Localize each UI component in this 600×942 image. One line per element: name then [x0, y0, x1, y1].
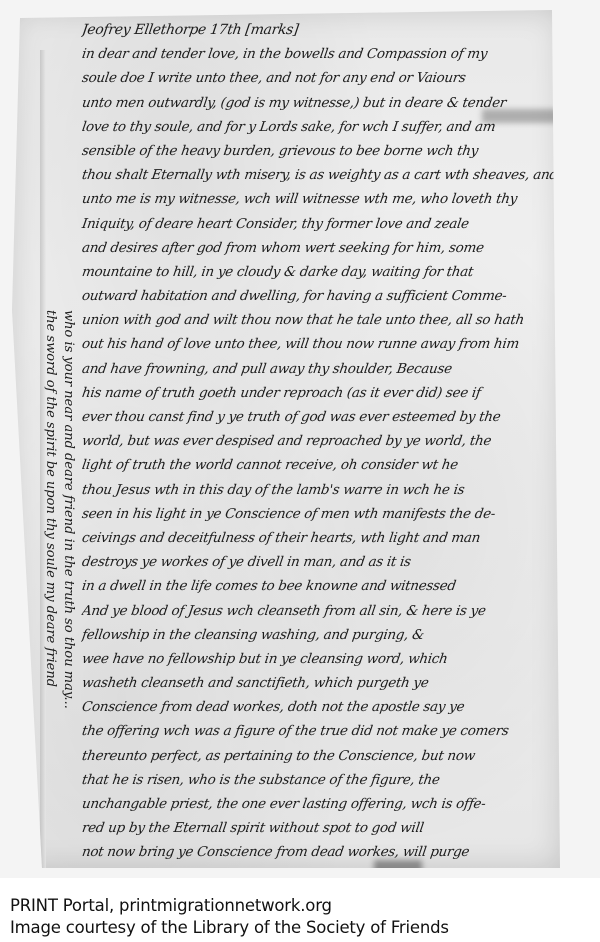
manuscript-line: thereunto perfect, as pertaining to the … — [80, 744, 563, 768]
manuscript-line: unchangable priest, the one ever lasting… — [80, 792, 563, 816]
manuscript-line: in dear and tender love, in the bowells … — [80, 42, 563, 66]
manuscript-line: thou Jesus wth in this day of the lamb's… — [80, 478, 563, 502]
manuscript-line: love to thy soule, and for y Lords sake,… — [80, 115, 563, 139]
manuscript-text: Jeofrey Ellethorpe 17th [marks] in dear … — [82, 18, 562, 889]
manuscript-line: Conscience from dead workes, doth not th… — [80, 695, 563, 719]
manuscript-line: light of truth the world cannot receive,… — [80, 453, 563, 477]
manuscript-line: not now bring ye Conscience from dead wo… — [80, 840, 563, 864]
manuscript-line: world, but was ever despised and reproac… — [80, 429, 563, 453]
manuscript-line: mountaine to hill, in ye cloudy & darke … — [80, 260, 563, 284]
manuscript-page: Jeofrey Ellethorpe 17th [marks] in dear … — [12, 10, 560, 868]
manuscript-line: ever thou canst find y ye truth of god w… — [80, 405, 563, 429]
manuscript-line: And ye blood of Jesus wch cleanseth from… — [80, 599, 563, 623]
manuscript-line: sensible of the heavy burden, grievous t… — [80, 139, 563, 163]
image-credit-caption: PRINT Portal, printmigrationnetwork.org … — [10, 895, 449, 939]
margin-note: the sword of the spirit be upon thy soul… — [43, 310, 58, 687]
manuscript-line: out his hand of love unto thee, will tho… — [80, 332, 563, 356]
manuscript-header: Jeofrey Ellethorpe 17th [marks] — [80, 18, 563, 42]
manuscript-line: ceivings and deceitfulness of their hear… — [80, 526, 563, 550]
manuscript-line: his name of truth goeth under reproach (… — [80, 381, 563, 405]
manuscript-scan: Jeofrey Ellethorpe 17th [marks] in dear … — [0, 0, 600, 878]
caption-source: PRINT Portal, printmigrationnetwork.org — [10, 895, 449, 917]
manuscript-line: and desires after god from whom wert see… — [80, 236, 563, 260]
manuscript-line: soule doe I write unto thee, and not for… — [80, 66, 563, 90]
manuscript-line: wee have no fellowship but in ye cleansi… — [80, 647, 563, 671]
caption-courtesy: Image courtesy of the Library of the Soc… — [10, 917, 449, 939]
manuscript-line: destroys ye workes of ye divell in man, … — [80, 550, 563, 574]
left-margin-notes: who is your near and deare friend in the… — [32, 310, 92, 870]
manuscript-line: that he is risen, who is the substance o… — [80, 768, 563, 792]
manuscript-line: washeth cleanseth and sanctifieth, which… — [80, 671, 563, 695]
manuscript-line: unto men outwardly, (god is my witnesse,… — [80, 91, 563, 115]
manuscript-line: in a dwell in the life comes to bee know… — [80, 574, 563, 598]
manuscript-line: thou shalt Eternally wth misery, is as w… — [80, 163, 563, 187]
manuscript-line: fellowship in the cleansing washing, and… — [80, 623, 563, 647]
manuscript-line: union with god and wilt thou now that he… — [80, 308, 563, 332]
margin-note: who is your near and deare friend in the… — [61, 310, 76, 709]
manuscript-line: the offering wch was a figure of the tru… — [80, 719, 563, 743]
manuscript-line: Iniquity, of deare heart Consider, thy f… — [80, 212, 563, 236]
manuscript-line: unto me is my witnesse, wch will witness… — [80, 187, 563, 211]
manuscript-line: red up by the Eternall spirit without sp… — [80, 816, 563, 840]
manuscript-line: seen in his light in ye Conscience of me… — [80, 502, 563, 526]
manuscript-line: dead workes, will thou stay in ye pharis… — [80, 865, 563, 889]
manuscript-line: outward habitation and dwelling, for hav… — [80, 284, 563, 308]
manuscript-line: and have frowning, and pull away thy sho… — [80, 357, 563, 381]
